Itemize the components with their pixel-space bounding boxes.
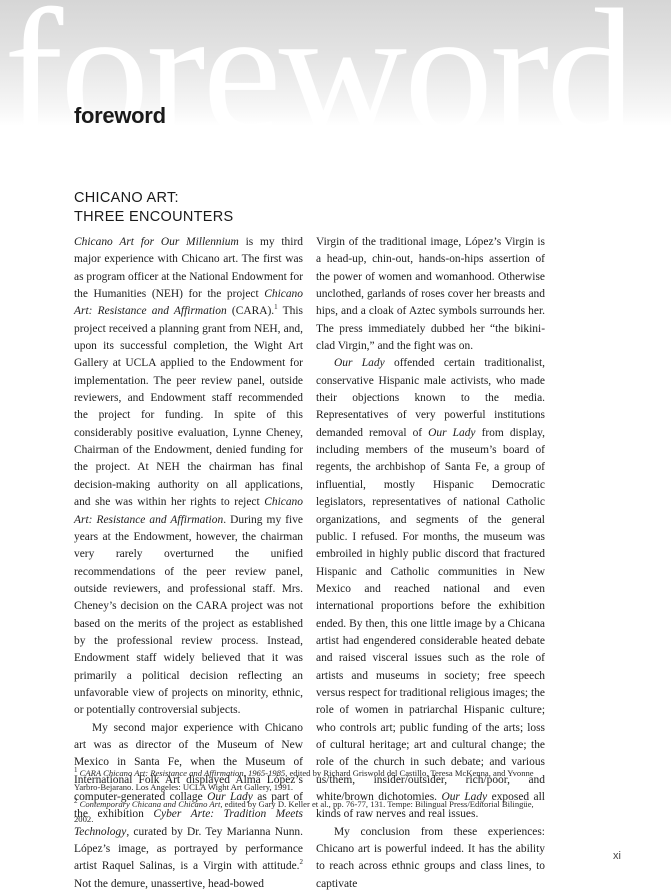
section-heading-line-2: THREE ENCOUNTERS <box>74 208 233 227</box>
italic-title: Chicano Art for Our Millennium <box>74 236 239 248</box>
text-run: Virgin of the traditional image, López’s… <box>316 236 545 352</box>
paragraph: Virgin of the traditional image, López’s… <box>316 234 545 355</box>
footnote-number: 1 <box>74 766 78 774</box>
footnote-title: Contemporary Chicana and Chicano Art <box>80 799 221 809</box>
paragraph: My conclusion from these experiences: Ch… <box>316 824 545 893</box>
footnote-number: 2 <box>74 798 78 806</box>
text-run: . During my five years at the Endowment,… <box>74 514 303 717</box>
paragraph: Chicano Art for Our Millennium is my thi… <box>74 234 303 720</box>
text-run: (CARA). <box>227 305 274 317</box>
text-run: This project received a planning grant f… <box>74 305 303 508</box>
section-heading-line-1: CHICANO ART: <box>74 189 233 208</box>
text-run: My conclusion from these experiences: Ch… <box>316 826 545 890</box>
paragraph: Our Lady offended certain traditionalist… <box>316 355 545 823</box>
footnote-title: CARA Chicano Art: Resistance and Affirma… <box>80 768 286 778</box>
page-number: xi <box>613 850 621 862</box>
italic-title: Our Lady <box>428 427 475 439</box>
footnote-ref[interactable]: 2 <box>300 859 304 867</box>
italic-title: Our Lady <box>334 357 385 369</box>
chapter-title: foreword <box>74 104 166 128</box>
section-heading: CHICANO ART: THREE ENCOUNTERS <box>74 189 233 227</box>
text-run: Not the demure, unassertive, head-bowed <box>74 878 264 890</box>
text-run: from display, including members of the m… <box>316 427 545 803</box>
footnote: 1 CARA Chicano Art: Resistance and Affir… <box>74 766 544 794</box>
footnote: 2 Contemporary Chicana and Chicano Art, … <box>74 797 544 825</box>
footnotes: 1 CARA Chicano Art: Resistance and Affir… <box>74 766 544 829</box>
